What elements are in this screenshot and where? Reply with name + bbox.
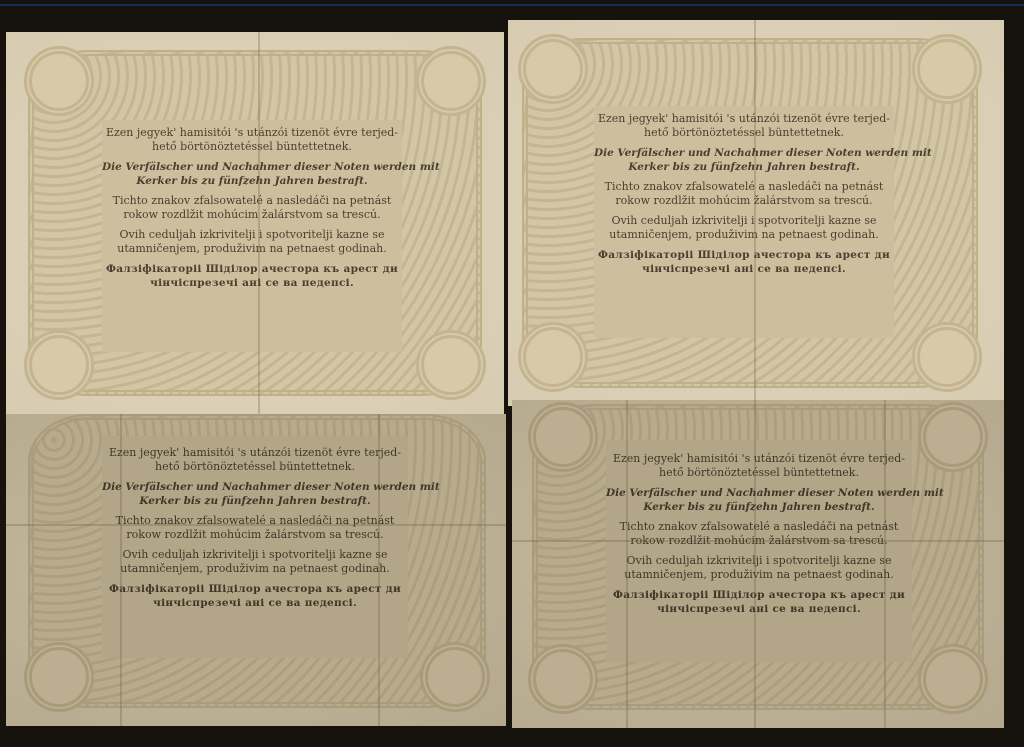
banknote-bottom-left: Ezen jegyek' hamisitói 's utánzói tizenö… [6,414,506,726]
fold-crease [884,400,886,728]
warning-text-block: Ezen jegyek' hamisitói 's utánzói tizenö… [102,436,408,658]
text-slovak: Tichto znakov zfalsowatelé a nasledáči n… [102,194,402,222]
fold-crease [754,20,756,406]
corner-ornament [416,330,486,400]
corner-ornament [24,46,94,116]
text-romanian-cyrillic: Фалзіфікаторіі Шіділор ачестора къ арест… [102,582,408,610]
text-slovak: Tichto znakov zfalsowatelé a nasledáči n… [594,180,894,208]
banknote-top-right: Ezen jegyek' hamisitói 's utánzói tizenö… [508,20,1004,406]
text-hungarian: Ezen jegyek' hamisitói 's utánzói tizenö… [102,446,408,474]
warning-text-block: Ezen jegyek' hamisitói 's utánzói tizenö… [594,106,894,338]
text-hungarian: Ezen jegyek' hamisitói 's utánzói tizenö… [594,112,894,140]
fold-crease [120,414,122,726]
fold-crease [512,540,1004,542]
text-slovak: Tichto znakov zfalsowatelé a nasledáči n… [606,520,912,548]
text-croatian: Ovih ceduljah izkrivitelji i spotvoritel… [594,214,894,242]
corner-ornament [24,642,94,712]
fold-crease [6,524,506,526]
warning-text-block: Ezen jegyek' hamisitói 's utánzói tizenö… [102,120,402,352]
banknote-bottom-right: Ezen jegyek' hamisitói 's utánzói tizenö… [512,400,1004,728]
fold-crease [258,32,260,414]
text-hungarian: Ezen jegyek' hamisitói 's utánzói tizenö… [102,126,402,154]
corner-ornament [912,34,982,104]
text-romanian-cyrillic: Фалзіфікаторіі Шіділор ачестора къ арест… [594,248,894,276]
corner-ornament [528,402,598,472]
fold-crease [626,400,628,728]
text-romanian-cyrillic: Фалзіфікаторіі Шіділор ачестора къ арест… [606,588,912,616]
fold-crease [378,414,380,726]
text-german: Die Verfälscher und Nachahmer dieser Not… [594,146,894,174]
corner-ornament [918,644,988,714]
corner-ornament [518,34,588,104]
text-croatian: Ovih ceduljah izkrivitelji i spotvoritel… [606,554,912,582]
banknote-top-left: Ezen jegyek' hamisitói 's utánzói tizenö… [6,32,504,414]
corner-ornament [528,644,598,714]
text-hungarian: Ezen jegyek' hamisitói 's utánzói tizenö… [606,452,912,480]
corner-ornament [918,402,988,472]
text-croatian: Ovih ceduljah izkrivitelji i spotvoritel… [102,228,402,256]
top-edge-line [0,4,1024,6]
fold-crease [754,400,756,728]
text-slovak: Tichto znakov zfalsowatelé a nasledáči n… [102,514,408,542]
text-german: Die Verfälscher und Nachahmer dieser Not… [102,160,402,188]
corner-ornament [912,322,982,392]
text-croatian: Ovih ceduljah izkrivitelji i spotvoritel… [102,548,408,576]
text-german: Die Verfälscher und Nachahmer dieser Not… [102,480,408,508]
text-german: Die Verfälscher und Nachahmer dieser Not… [606,486,912,514]
corner-ornament [416,46,486,116]
corner-ornament [24,330,94,400]
text-romanian-cyrillic: Фалзіфікаторіі Шіділор ачестора къ арест… [102,262,402,290]
corner-ornament [518,322,588,392]
corner-ornament [420,642,490,712]
warning-text-block: Ezen jegyek' hamisitói 's utánzói tizenö… [606,440,912,662]
